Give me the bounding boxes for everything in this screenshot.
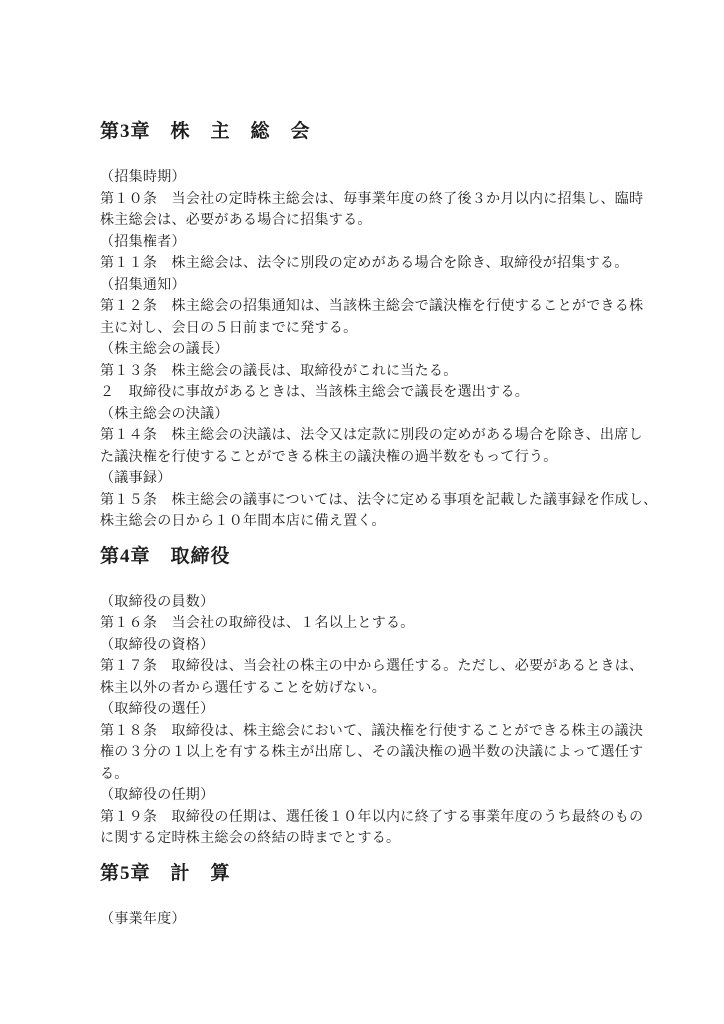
chapter-heading: 第5章 計 算 [100,864,636,883]
article-label: （株主総会の議長） [100,339,636,361]
article-line: 第１６条 当会社の取締役は、１名以上とする。 [100,613,636,635]
article-line: 第１０条 当会社の定時株主総会は、毎事業年度の終了後３か月以内に招集し、臨時 [100,189,636,211]
article-line: 権の３分の１以上を有する株主が出席し、その議決権の過半数の決議によって選任す [100,742,636,764]
article-label: （事業年度） [100,909,636,931]
document-body: 第3章 株 主 総 会（招集時期）第１０条 当会社の定時株主総会は、毎事業年度の… [100,122,636,930]
document-page: 第3章 株 主 総 会（招集時期）第１０条 当会社の定時株主総会は、毎事業年度の… [0,0,724,1024]
article-label: （招集通知） [100,275,636,297]
article-label: （取締役の任期） [100,785,636,807]
article-label: （株主総会の決議） [100,404,636,426]
chapter-heading: 第4章 取締役 [100,547,636,566]
article-line: る。 [100,764,636,786]
article-line: ２ 取締役に事故があるときは、当該株主総会で議長を選出する。 [100,382,636,404]
chapter-heading: 第3章 株 主 総 会 [100,122,636,141]
article-label: （招集時期） [100,167,636,189]
article-line: 第１３条 株主総会の議長は、取締役がこれに当たる。 [100,361,636,383]
article-line: 第１１条 株主総会は、法令に別段の定めがある場合を除き、取締役が招集する。 [100,253,636,275]
article-line: に関する定時株主総会の終結の時までとする。 [100,828,636,850]
article-line: 株主以外の者から選任することを妨げない。 [100,678,636,700]
article-line: 株主総会は、必要がある場合に招集する。 [100,210,636,232]
article-label: （取締役の選任） [100,699,636,721]
article-label: （取締役の資格） [100,635,636,657]
article-line: 第１５条 株主総会の議事については、法令に定める事項を記載した議事録を作成し、 [100,490,636,512]
article-line: 株主総会の日から１０年間本店に備え置く。 [100,511,636,533]
article-line: 主に対し、会日の５日前までに発する。 [100,318,636,340]
article-line: 第１７条 取締役は、当会社の株主の中から選任する。ただし、必要があるときは、 [100,656,636,678]
article-label: （議事録） [100,468,636,490]
article-line: 第１９条 取締役の任期は、選任後１０年以内に終了する事業年度のうち最終のもの [100,807,636,829]
article-label: （取締役の員数） [100,592,636,614]
article-line: 第１４条 株主総会の決議は、法令又は定款に別段の定めがある場合を除き、出席し [100,425,636,447]
article-line: 第１８条 取締役は、株主総会において、議決権を行使することができる株主の議決 [100,721,636,743]
article-line: た議決権を行使することができる株主の議決権の過半数をもって行う。 [100,447,636,469]
article-line: 第１２条 株主総会の招集通知は、当該株主総会で議決権を行使することができる株 [100,296,636,318]
article-label: （招集権者） [100,232,636,254]
